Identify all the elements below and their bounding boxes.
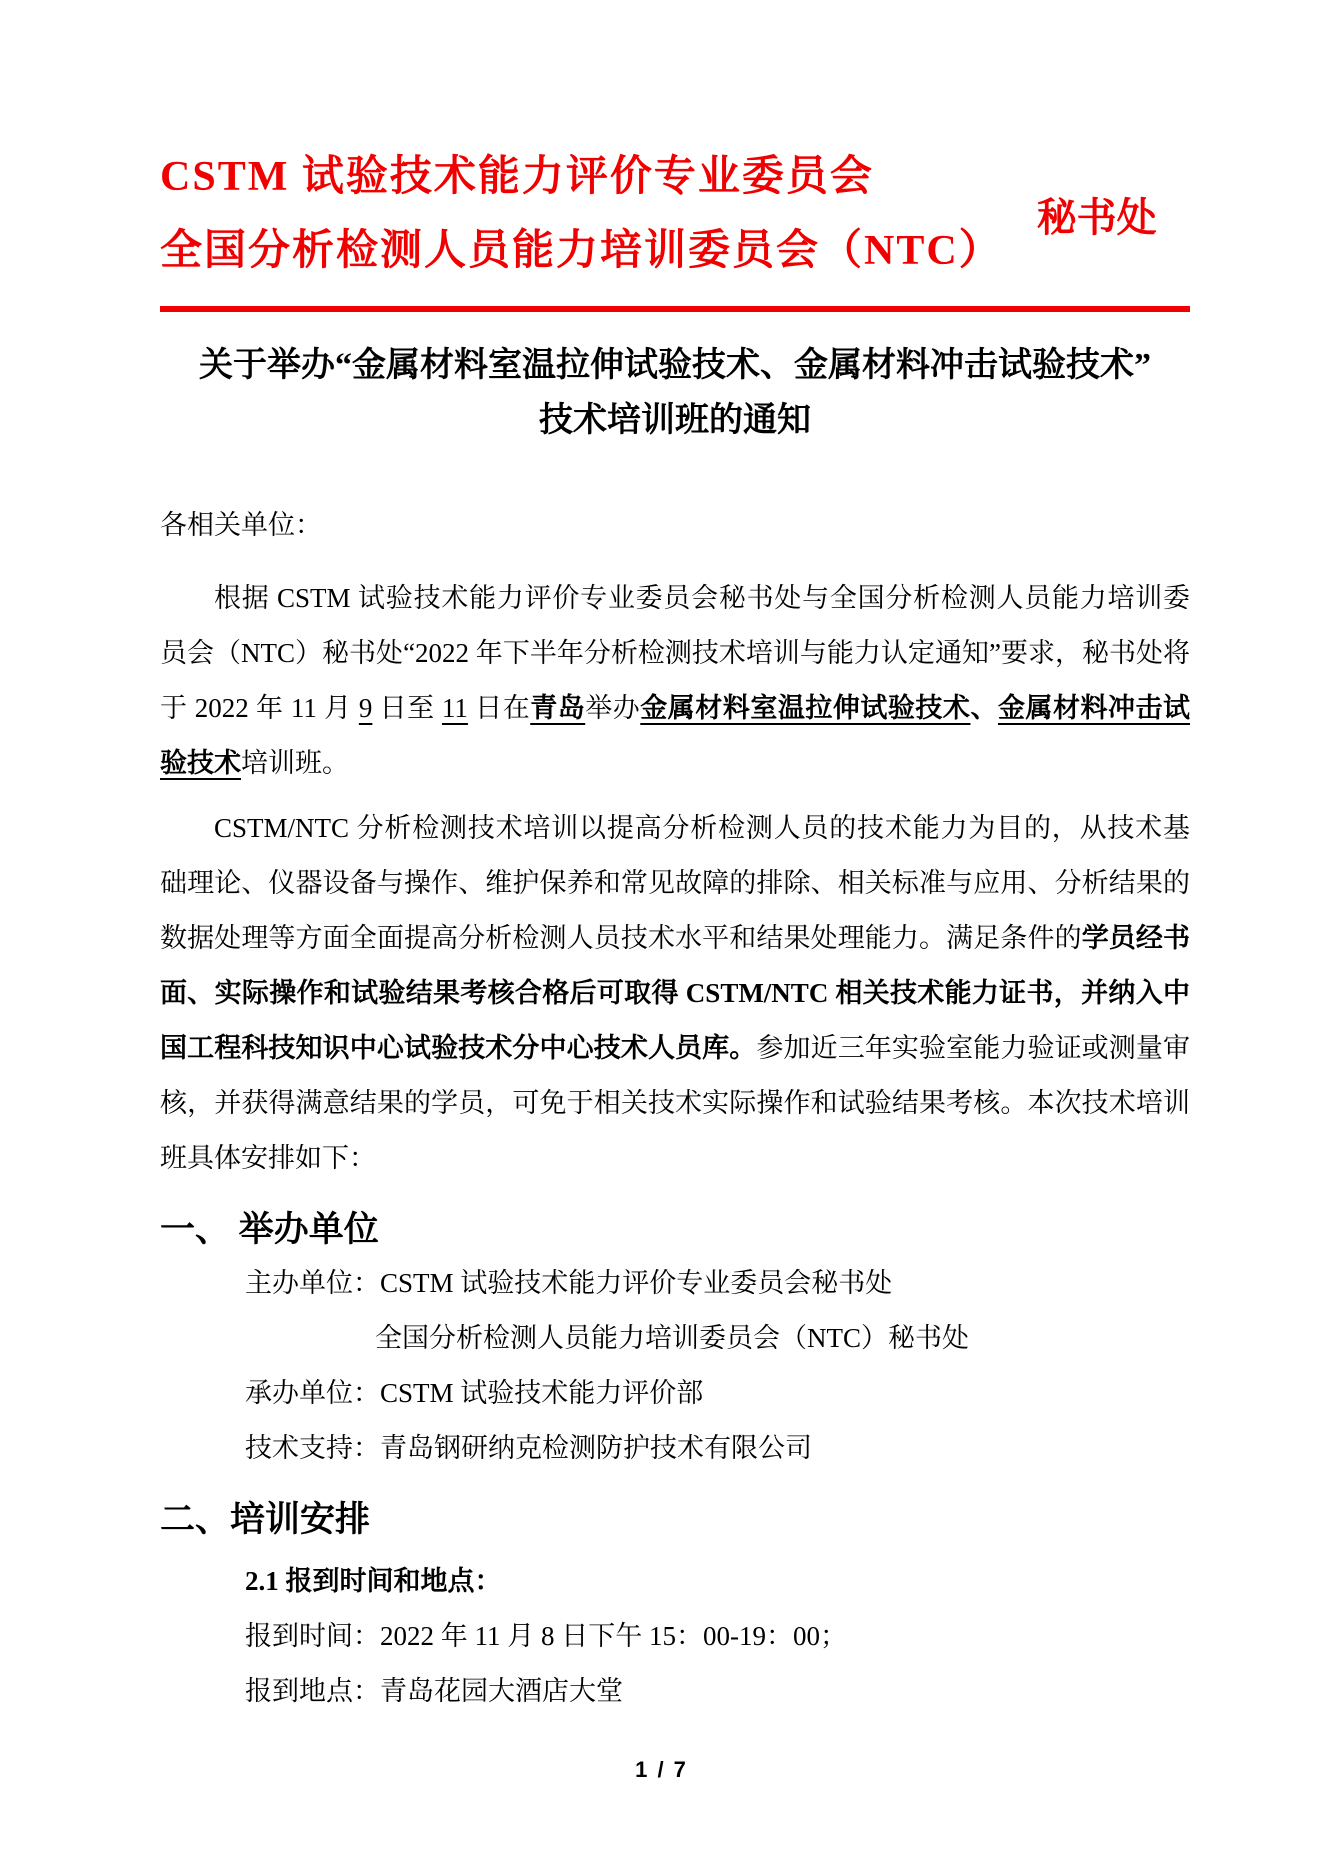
section-1-heading: 一、 举办单位: [160, 1204, 1190, 1256]
salutation: 各相关单位：: [160, 498, 1190, 553]
notice-title: 关于举办“金属材料室温拉伸试验技术、金属材料冲击试验技术” 技术培训班的通知: [160, 338, 1190, 448]
tech-support-line: 技术支持：青岛钢研纳克检测防护技术有限公司: [160, 1421, 1190, 1476]
host-unit-line-1: 主办单位：CSTM 试验技术能力评价专业委员会秘书处: [160, 1256, 1190, 1311]
secretariat-label: 秘书处: [1037, 186, 1157, 243]
host-unit-line-2: 全国分析检测人员能力培训委员会（NTC）秘书处: [160, 1311, 1190, 1366]
paragraph-schedule-announcement: 根据 CSTM 试验技术能力评价专业委员会秘书处与全国分析检测人员能力培训委员会…: [160, 571, 1190, 791]
notice-title-line-1: 关于举办“金属材料室温拉伸试验技术、金属材料冲击试验技术”: [160, 338, 1190, 393]
notice-title-line-2: 技术培训班的通知: [160, 393, 1190, 448]
red-divider-rule: [160, 306, 1190, 312]
subsection-2-1-heading: 2.1 报到时间和地点：: [160, 1554, 1190, 1609]
paragraph-training-purpose: CSTM/NTC 分析检测技术培训以提高分析检测人员的技术能力为目的，从技术基础…: [160, 801, 1190, 1186]
page-number: 1 / 7: [0, 1757, 1323, 1783]
org-line-1: CSTM 试验技术能力评价专业委员会: [160, 140, 1003, 214]
notice-document-page: CSTM 试验技术能力评价专业委员会 全国分析检测人员能力培训委员会（NTC） …: [0, 0, 1323, 1871]
checkin-place-line: 报到地点：青岛花园大酒店大堂: [160, 1664, 1190, 1719]
letterhead-org-lines: CSTM 试验技术能力评价专业委员会 全国分析检测人员能力培训委员会（NTC）: [160, 140, 1003, 288]
undertaker-unit-line: 承办单位：CSTM 试验技术能力评价部: [160, 1366, 1190, 1421]
org-line-2: 全国分析检测人员能力培训委员会（NTC）: [160, 214, 1003, 288]
checkin-time-line: 报到时间：2022 年 11 月 8 日下午 15：00-19：00；: [160, 1609, 1190, 1664]
section-2-heading: 二、培训安排: [160, 1494, 1190, 1546]
letterhead: CSTM 试验技术能力评价专业委员会 全国分析检测人员能力培训委员会（NTC） …: [160, 140, 1190, 288]
